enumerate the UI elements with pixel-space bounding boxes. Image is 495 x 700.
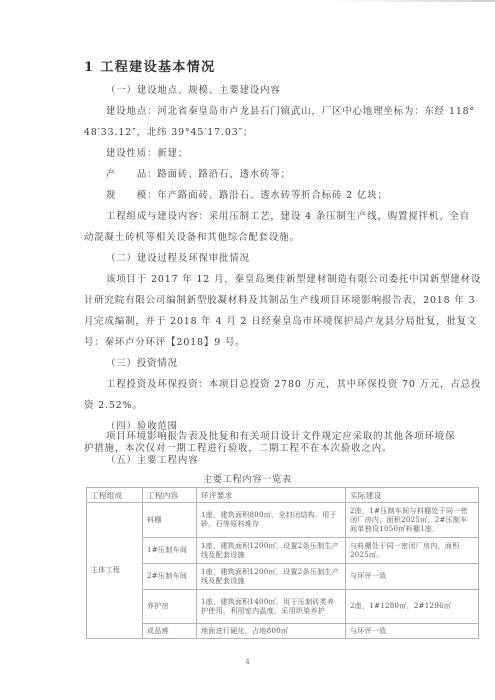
table-row: 养护房 1座，建筑面积1400㎡，用于压制砖类养护使用，利用室内温度，采用织染养… (87, 590, 479, 624)
group-cell: 主体工程 (87, 503, 143, 639)
main-works-table: 工程组成 工程内容 环评要求 实际建设 主体工程 料棚 1座，建筑面积800㎡，… (86, 487, 479, 639)
table-row: 主体工程 料棚 1座，建筑面积800㎡，全封闭结构，用于砂、石等原料堆存 2座，… (87, 503, 479, 538)
table-row: 成品堆 地面进行硬化，占地800㎡ 与环评一致 (87, 624, 479, 639)
section-heading: 1 工程建设基本情况 (84, 62, 216, 74)
item-cell: 成品堆 (143, 624, 197, 639)
header-content: 工程内容 (143, 488, 197, 503)
location-line-1: 建设地点：河北省秦皇岛市卢龙县石门镇武山，厂区中心地理坐标为：东经 118° (106, 106, 475, 118)
requirement-cell: 地面进行硬化，占地800㎡ (197, 624, 346, 639)
subsection-title-3: （三）投资情况 (106, 358, 178, 370)
scope-line-2: 护措施，本次仅对一期工程进行验收，二期工程不在本次验收之内。 (84, 443, 392, 455)
item-cell: 2#压制车间 (143, 564, 197, 590)
page-number: 4 (0, 658, 495, 666)
subsection-title-5: （五）主要工程内容 (106, 455, 198, 467)
investment-line-2: 资 2.52%。 (84, 400, 143, 412)
location-line-2: 48′33.12″，北纬 39°45′17.03″； (84, 127, 253, 139)
item-cell: 养护房 (143, 590, 197, 624)
composition-line-2: 动混凝土砖机等相关设备和其他综合配套设施。 (84, 232, 300, 244)
approval-line-4: 号：秦环卢分环评【2018】9 号。 (84, 337, 246, 349)
item-cell: 料棚 (143, 503, 197, 538)
table-row: 1#压制车间 1座，建筑面积1200㎡，设置2条压制生产线及配套设施 与料棚处于… (87, 538, 479, 564)
scale: 规 模：年产路面砖、路沿石、透水砖等折合标砖 2 亿块； (106, 190, 388, 202)
item-cell: 1#压制车间 (143, 538, 197, 564)
table-caption: 主要工程内容一览表 (0, 472, 495, 485)
header-actual: 实际建设 (346, 488, 479, 503)
composition-line-1: 工程组成与建设内容：采用压制工艺，建设 4 条压制生产线，购置搅拌机、全自 (106, 211, 470, 223)
header-composition: 工程组成 (87, 488, 143, 503)
approval-line-1: 该项目于 2017 年 12 月，秦皇岛奥佳新型建材制造有限公司委托中国新型建材… (106, 274, 481, 286)
table-row: 2#压制车间 1座，建筑面积1200㎡，设置2条压制生产线及配套设施 与环评一致 (87, 564, 479, 590)
header-requirement: 环评要求 (197, 488, 346, 503)
scope-line-1: 项目环境影响报告表及批复和有关项目设计文件规定应采取的其他各项环境保 (106, 431, 455, 443)
investment-line-1: 工程投资及环保投资：本项目总投资 2780 万元，其中环保投资 70 万元，占总… (106, 379, 481, 391)
approval-line-3: 月完成编制，并于 2018 年 4 月 2 日经秦皇岛市环境保护局卢龙县分局批复… (84, 316, 477, 328)
requirement-cell: 1座，建筑面积1200㎡，设置2条压制生产线及配套设施 (197, 564, 346, 590)
approval-line-2: 计研究院有限公司编制新型胶凝材料及其制品生产线项目环境影响报告表，2018 年 … (84, 295, 475, 307)
actual-cell: 2座，1#1280㎡，2#1296㎡ (346, 590, 479, 624)
subsection-title-2: （二）建设过程及环保审批情况 (106, 253, 250, 265)
actual-cell: 与料棚处于同一密闭厂房内，面积2025㎡。 (346, 538, 479, 564)
requirement-cell: 1座，建筑面积800㎡，全封闭结构，用于砂、石等原料堆存 (197, 503, 346, 538)
scan-edge-shadow (330, 0, 495, 2)
subsection-title-1: （一）建设地点、规模、主要建设内容 (106, 85, 281, 97)
requirement-cell: 1座，建筑面积1400㎡，用于压制砖类养护使用，利用室内温度，采用织染养护 (197, 590, 346, 624)
products: 产 品：路面砖、路沿石、透水砖等； (106, 169, 291, 181)
actual-cell: 2座，1#压制车间与料棚处于同一密闭厂房内，面积2025㎡，2#压制车间单独设1… (346, 503, 479, 538)
actual-cell: 与环评一致 (346, 624, 479, 639)
table-header-row: 工程组成 工程内容 环评要求 实际建设 (87, 488, 479, 503)
actual-cell: 与环评一致 (346, 564, 479, 590)
requirement-cell: 1座，建筑面积1200㎡，设置2条压制生产线及配套设施 (197, 538, 346, 564)
construction-nature: 建设性质：新建； (106, 148, 188, 160)
